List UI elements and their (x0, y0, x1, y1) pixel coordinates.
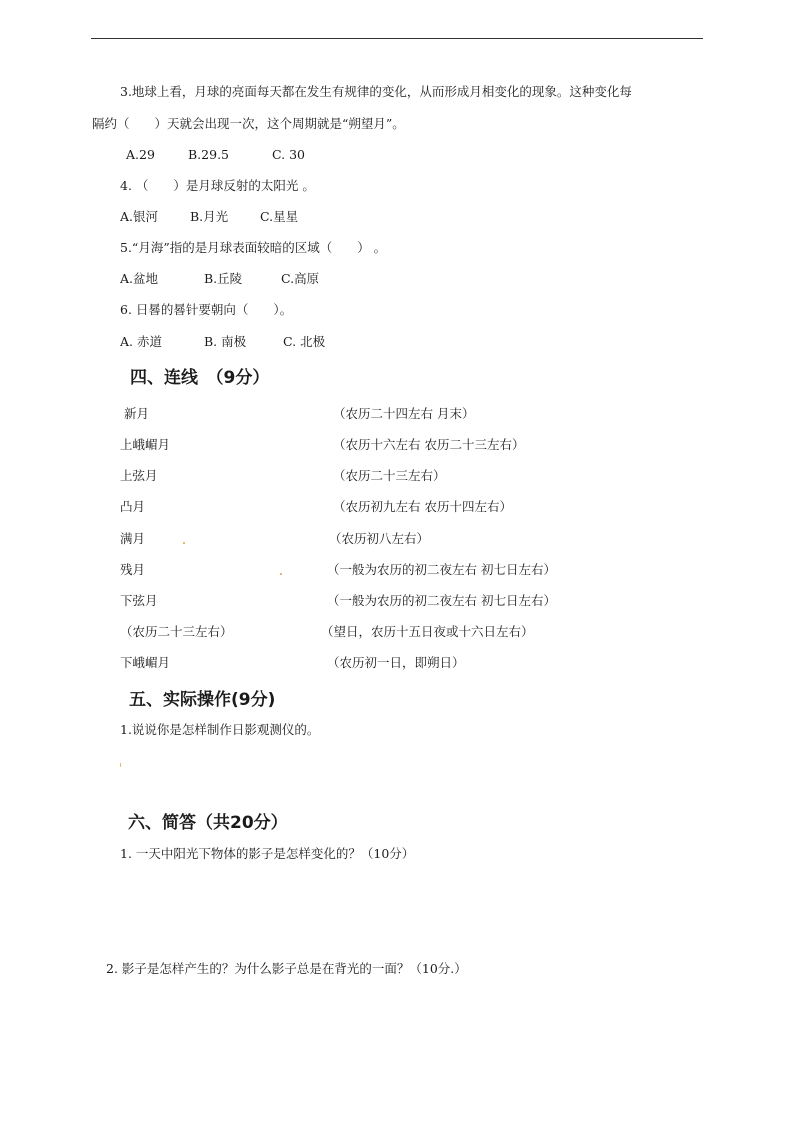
section6-q2: 2. 影子是怎样产生的？为什么影子总是在背光的一面？（10分.） (106, 961, 467, 977)
q3-options: A.29B.29.5C. 30 (126, 147, 305, 163)
match-right-1: （农历二十四左右 月末） (333, 406, 474, 422)
section6-q1: 1. 一天中阳光下物体的影子是怎样变化的？（10分） (120, 846, 414, 862)
match-left-7: 下弦月 (120, 593, 158, 609)
match-left-5: 满月 (120, 531, 145, 547)
match-left-9: 下峨嵋月 (120, 655, 170, 671)
section4-title: 四、连线 （9分） (130, 367, 269, 389)
q5-option-b: B.丘陵 (204, 271, 281, 287)
match-left-8: （农历二十三左右） (120, 624, 233, 640)
match-left-6: 残月 (120, 562, 145, 578)
q5-text: 5.“月海”指的是月球表面较暗的区域（ ） 。 (120, 240, 386, 256)
q6-option-c: C. 北极 (283, 334, 325, 350)
q5-option-c: C.高原 (281, 271, 319, 287)
q3-option-c: C. 30 (272, 147, 305, 163)
speck (120, 763, 121, 767)
q3-option-b: B.29.5 (188, 147, 272, 163)
match-right-3: （农历二十三左右） (333, 468, 446, 484)
q4-option-b: B.月光 (190, 209, 260, 225)
q4-option-a: A.银河 (120, 209, 190, 225)
match-right-5: （农历初八左右） (329, 531, 429, 547)
match-left-4: 凸月 (120, 499, 145, 515)
q3-line1: 3.地球上看，月球的亮面每天都在发生有规律的变化，从而形成月相变化的现象。这种变… (120, 84, 632, 100)
speck (183, 542, 185, 544)
q6-option-a: A. 赤道 (120, 334, 204, 350)
q4-text: 4. （ ）是月球反射的太阳光 。 (120, 178, 315, 194)
section5-q1: 1.说说你是怎样制作日影观测仪的。 (120, 722, 319, 738)
match-right-8: （望日，农历十五日夜或十六日左右） (321, 624, 534, 640)
match-right-9: （农历初一日，即朔日） (327, 655, 465, 671)
speck (280, 573, 282, 575)
q3-option-a: A.29 (126, 147, 188, 163)
match-right-6: （一般为农历的初二夜左右 初七日左右） (327, 562, 556, 578)
header-rule (91, 38, 703, 39)
match-right-4: （农历初九左右 农历十四左右） (333, 499, 512, 515)
match-right-7: （一般为农历的初二夜左右 初七日左右） (327, 593, 556, 609)
match-left-3: 上弦月 (120, 468, 158, 484)
q6-options: A. 赤道B. 南极C. 北极 (120, 334, 325, 350)
match-left-1: 新月 (124, 406, 149, 422)
q4-option-c: C.星星 (260, 209, 298, 225)
q6-text: 6. 日晷的晷针要朝向（ ）。 (120, 302, 292, 318)
q6-option-b: B. 南极 (204, 334, 283, 350)
section5-title: 五、实际操作(9分) (129, 689, 275, 711)
q4-options: A.银河B.月光C.星星 (120, 209, 298, 225)
match-right-2: （农历十六左右 农历二十三左右） (333, 437, 524, 453)
match-left-2: 上峨嵋月 (120, 437, 170, 453)
q5-option-a: A.盆地 (120, 271, 204, 287)
q3-line2: 隔约（ ）天就会出现一次，这个周期就是“朔望月”。 (92, 116, 405, 132)
q5-options: A.盆地B.丘陵C.高原 (120, 271, 319, 287)
section6-title: 六、简答（共20分） (128, 812, 288, 834)
